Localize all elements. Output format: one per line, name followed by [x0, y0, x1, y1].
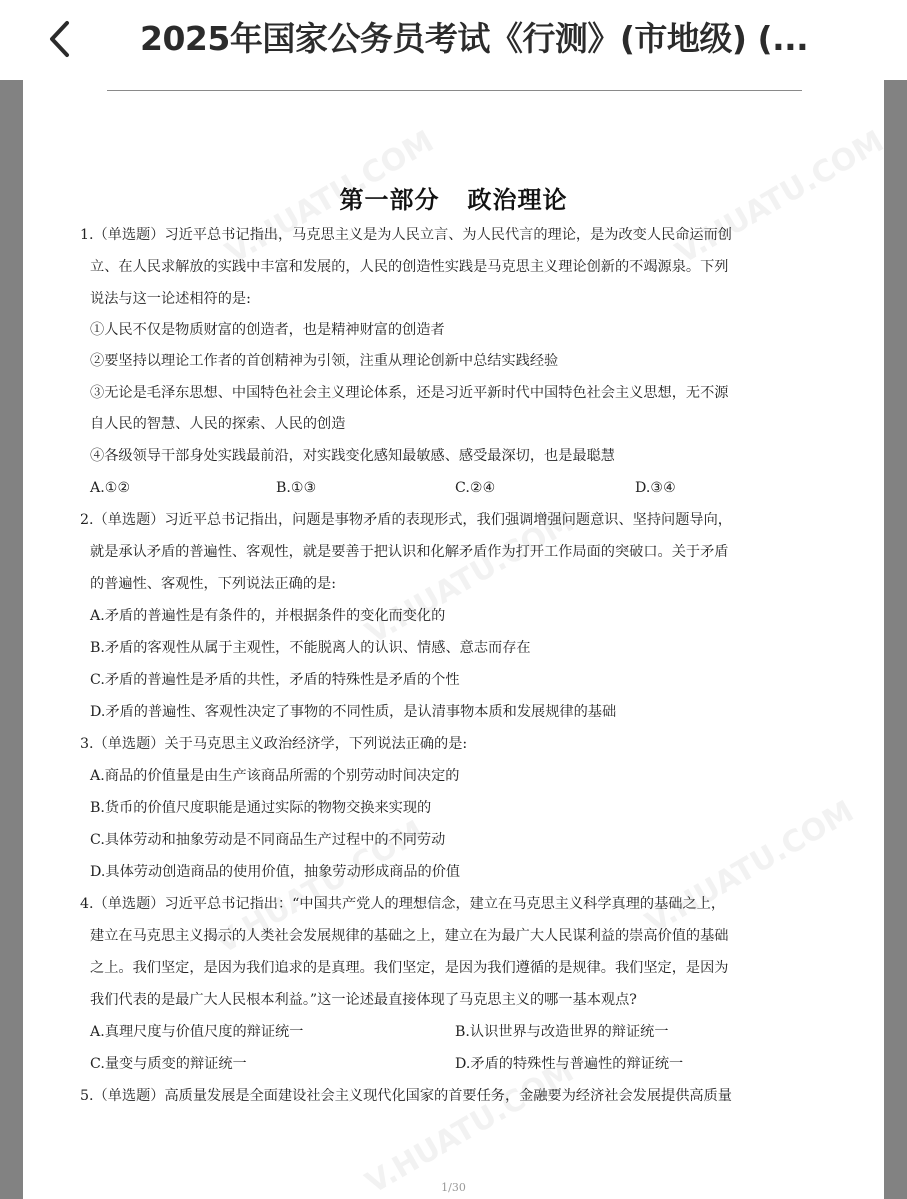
- question-1-stem: 立、在人民求解放的实践中丰富和发展的，人民的创造性实践是马克思主义理论创新的不竭…: [90, 257, 728, 277]
- top-navigation-bar: 2025年国家公务员考试《行测》(市地级) (...: [0, 0, 907, 80]
- question-1-statement: ④各级领导干部身处实践最前沿，对实践变化感知最敏感、感受最深切，也是最聪慧: [90, 446, 615, 466]
- question-1-statement: ③无论是毛泽东思想、中国特色社会主义理论体系，还是习近平新时代中国特色社会主义思…: [90, 383, 728, 403]
- question-2-option-a: A.矛盾的普遍性是有条件的，并根据条件的变化而变化的: [90, 606, 445, 626]
- question-3-option-a: A.商品的价值量是由生产该商品所需的个别劳动时间决定的: [90, 766, 459, 786]
- page-header-rule: [107, 90, 802, 91]
- question-4-stem: 建立在马克思主义揭示的人类社会发展规律的基础之上，建立在为最广大人民谋利益的崇高…: [90, 926, 728, 946]
- question-1-option-c: C.②④: [455, 478, 495, 498]
- question-4-stem: 4.（单选题）习近平总书记指出：“中国共产党人的理想信念，建立在马克思主义科学真…: [80, 894, 725, 914]
- question-1-option-d: D.③④: [635, 478, 676, 498]
- document-title: 2025年国家公务员考试《行测》(市地级) (...: [140, 14, 885, 64]
- question-1-stem: 说法与这一论述相符的是:: [90, 289, 251, 309]
- question-2-stem: 的普遍性、客观性，下列说法正确的是:: [90, 574, 336, 594]
- section-title: 第一部分政治理论: [23, 180, 884, 215]
- pdf-page[interactable]: V.HUATU.COM V.HUATU.COM V.HUATU.COM V.HU…: [23, 80, 884, 1199]
- question-3-option-c: C.具体劳动和抽象劳动是不同商品生产过程中的不同劳动: [90, 830, 445, 850]
- viewer-gutter-right: [884, 80, 907, 1199]
- question-5-stem: 5.（单选题）高质量发展是全面建设社会主义现代化国家的首要任务，金融要为经济社会…: [80, 1086, 732, 1106]
- section-part: 第一部分: [340, 186, 440, 214]
- back-button[interactable]: [38, 14, 82, 64]
- question-2-option-b: B.矛盾的客观性从属于主观性，不能脱离人的认识、情感、意志而存在: [90, 638, 531, 658]
- question-4-stem: 我们代表的是最广大人民根本利益。”这一论述最直接体现了马克思主义的哪一基本观点?: [90, 990, 637, 1010]
- page-indicator: 1/30: [23, 1181, 884, 1194]
- question-4-option-d: D.矛盾的特殊性与普遍性的辩证统一: [455, 1054, 683, 1074]
- question-4-option-c: C.量变与质变的辩证统一: [90, 1054, 247, 1074]
- question-3-stem: 3.（单选题）关于马克思主义政治经济学，下列说法正确的是:: [80, 734, 467, 754]
- question-2-stem: 就是承认矛盾的普遍性、客观性，就是要善于把认识和化解矛盾作为打开工作局面的突破口…: [90, 542, 728, 562]
- watermark: V.HUATU.COM: [360, 1054, 580, 1199]
- question-4-option-b: B.认识世界与改造世界的辩证统一: [455, 1022, 669, 1042]
- question-4-stem: 之上。我们坚定，是因为我们追求的是真理。我们坚定，是因为我们遵循的是规律。我们坚…: [90, 958, 728, 978]
- chevron-left-icon: [47, 20, 73, 58]
- question-1-option-a: A.①②: [90, 478, 130, 498]
- question-1-stem: 1.（单选题）习近平总书记指出，马克思主义是为人民立言、为人民代言的理论，是为改…: [80, 225, 732, 245]
- question-1-statement: ①人民不仅是物质财富的创造者，也是精神财富的创造者: [90, 320, 445, 340]
- question-4-option-a: A.真理尺度与价值尺度的辩证统一: [90, 1022, 303, 1042]
- section-name: 政治理论: [468, 186, 568, 214]
- question-1-statement: 自人民的智慧、人民的探索、人民的创造: [90, 414, 345, 434]
- viewer-gutter-left: [0, 80, 23, 1199]
- question-2-option-d: D.矛盾的普遍性、客观性决定了事物的不同性质，是认清事物本质和发展规律的基础: [90, 702, 616, 722]
- question-3-option-b: B.货币的价值尺度职能是通过实际的物物交换来实现的: [90, 798, 431, 818]
- question-2-stem: 2.（单选题）习近平总书记指出，问题是事物矛盾的表现形式，我们强调增强问题意识、…: [80, 510, 732, 530]
- question-2-option-c: C.矛盾的普遍性是矛盾的共性，矛盾的特殊性是矛盾的个性: [90, 670, 460, 690]
- question-3-option-d: D.具体劳动创造商品的使用价值，抽象劳动形成商品的价值: [90, 862, 460, 882]
- watermark: V.HUATU.COM: [640, 794, 860, 941]
- question-1-statement: ②要坚持以理论工作者的首创精神为引领，注重从理论创新中总结实践经验: [90, 351, 558, 371]
- question-1-option-b: B.①③: [276, 478, 316, 498]
